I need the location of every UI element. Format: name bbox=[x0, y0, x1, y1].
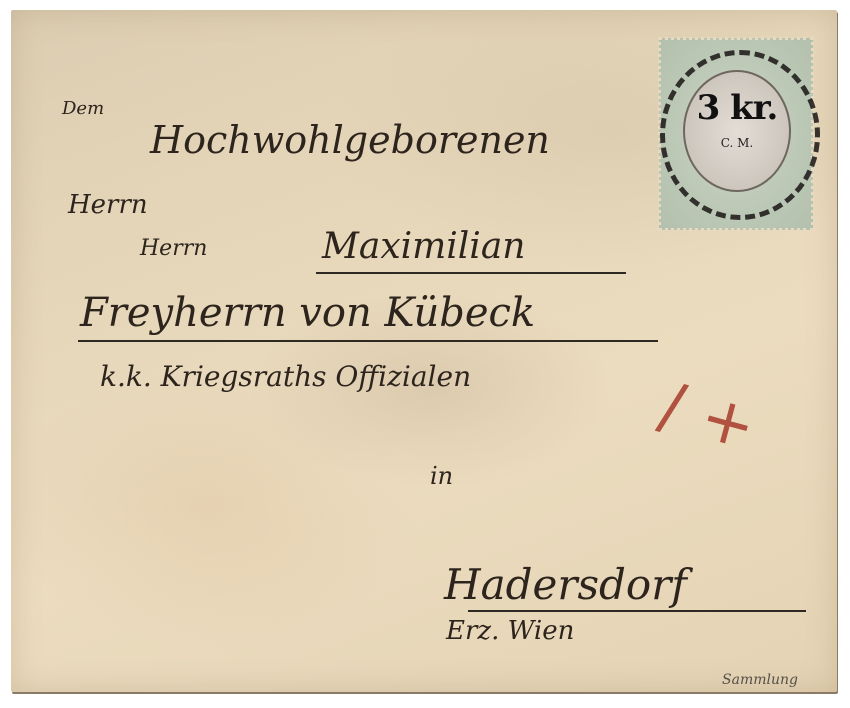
address-prefix-herrn-1: Herrn bbox=[68, 190, 148, 220]
address-office: k.k. Kriegsraths Offizialen bbox=[100, 360, 471, 393]
underline-surname bbox=[78, 340, 658, 342]
address-given-name: Maximilian bbox=[322, 226, 525, 267]
address-prefix-herrn-2: Herrn bbox=[140, 236, 207, 261]
underline-given-name bbox=[316, 272, 626, 274]
address-in: in bbox=[430, 462, 453, 490]
address-line-title: Hochwohlgeborenen bbox=[150, 118, 550, 162]
address-surname: Freyherrn von Kübeck bbox=[80, 290, 535, 336]
postmark-cancellation bbox=[660, 50, 820, 220]
address-city: Hadersdorf bbox=[444, 560, 687, 609]
pencil-note: Sammlung bbox=[722, 672, 798, 688]
address-region: Erz. Wien bbox=[446, 616, 574, 646]
underline-city bbox=[468, 610, 806, 612]
salutation-prefix: Dem bbox=[62, 98, 104, 119]
